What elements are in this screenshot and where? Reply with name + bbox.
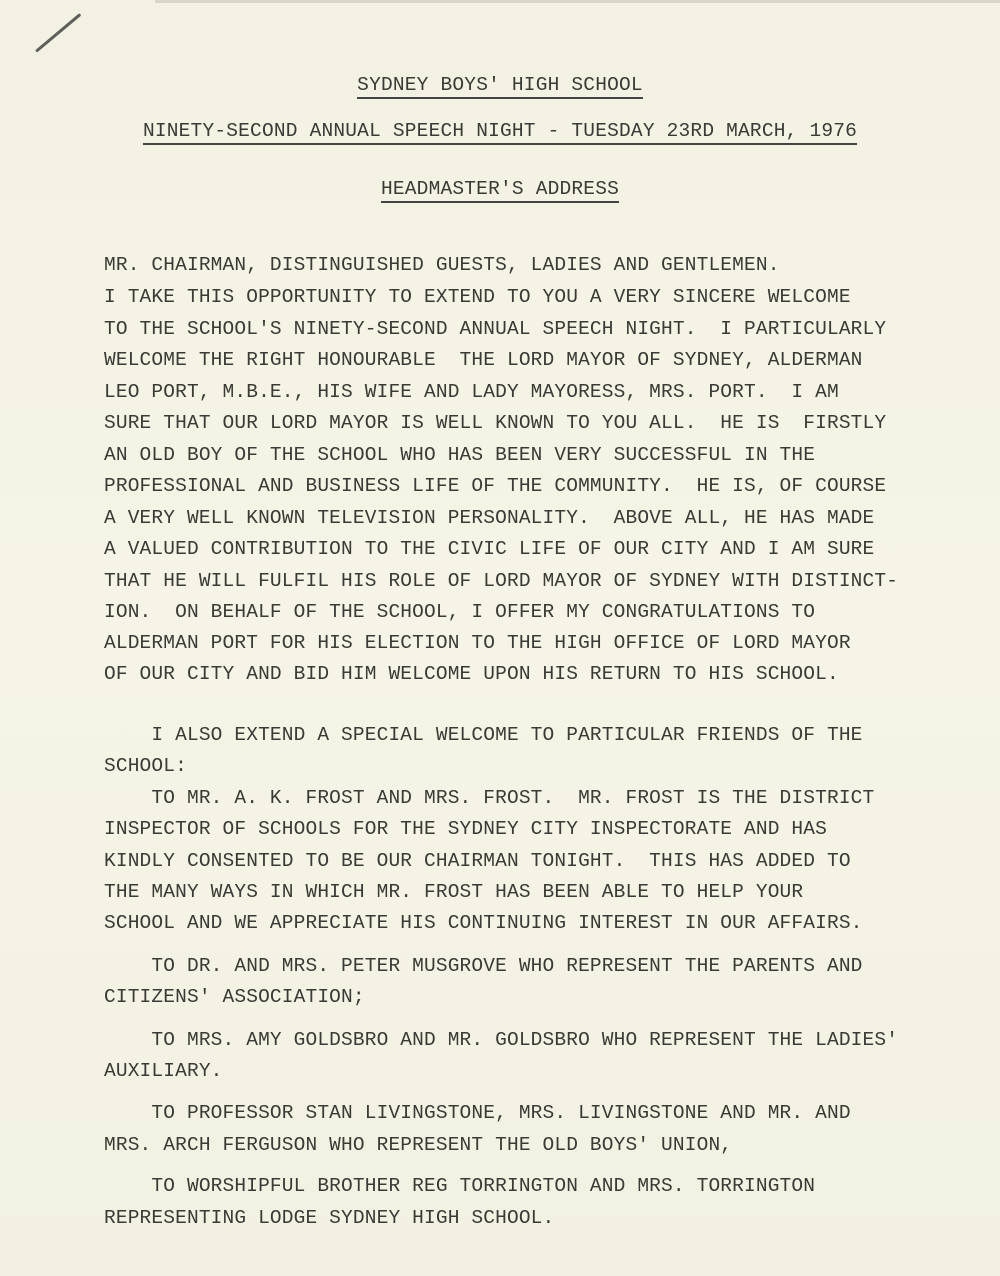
text-line: WELCOME THE RIGHT HONOURABLE THE LORD MA… [104,349,863,371]
text-line: TO MR. A. K. FROST AND MRS. FROST. MR. F… [104,787,874,809]
event-title: NINETY-SECOND ANNUAL SPEECH NIGHT - TUES… [143,120,857,145]
text-line: AN OLD BOY OF THE SCHOOL WHO HAS BEEN VE… [104,444,815,466]
text-line: A VERY WELL KNOWN TELEVISION PERSONALITY… [104,507,874,529]
text-line: TO DR. AND MRS. PETER MUSGROVE WHO REPRE… [104,955,863,977]
text-line: ALDERMAN PORT FOR HIS ELECTION TO THE HI… [104,632,851,654]
text-line: TO WORSHIPFUL BROTHER REG TORRINGTON AND… [104,1175,815,1197]
paper-page: SYDNEY BOYS' HIGH SCHOOL NINETY-SECOND A… [0,0,1000,1276]
text-line: CITIZENS' ASSOCIATION; [104,986,365,1008]
pen-mark [35,13,81,53]
text-line: THAT HE WILL FULFIL HIS ROLE OF LORD MAY… [104,570,898,592]
text-line: I ALSO EXTEND A SPECIAL WELCOME TO PARTI… [104,724,863,746]
event-heading: NINETY-SECOND ANNUAL SPEECH NIGHT - TUES… [0,120,1000,142]
text-line: TO MRS. AMY GOLDSBRO AND MR. GOLDSBRO WH… [104,1029,898,1051]
text-line: LEO PORT, M.B.E., HIS WIFE AND LADY MAYO… [104,381,839,403]
text-line: TO PROFESSOR STAN LIVINGSTONE, MRS. LIVI… [104,1102,851,1124]
text-line: I TAKE THIS OPPORTUNITY TO EXTEND TO YOU… [104,286,851,308]
text-line: PROFESSIONAL AND BUSINESS LIFE OF THE CO… [104,475,886,497]
text-line: A VALUED CONTRIBUTION TO THE CIVIC LIFE … [104,538,874,560]
text-line: OF OUR CITY AND BID HIM WELCOME UPON HIS… [104,663,839,685]
text-line: MR. CHAIRMAN, DISTINGUISHED GUESTS, LADI… [104,254,780,276]
text-line: MRS. ARCH FERGUSON WHO REPRESENT THE OLD… [104,1134,732,1156]
school-name: SYDNEY BOYS' HIGH SCHOOL [357,74,643,99]
text-line: KINDLY CONSENTED TO BE OUR CHAIRMAN TONI… [104,850,851,872]
text-line: TO THE SCHOOL'S NINETY-SECOND ANNUAL SPE… [104,318,886,340]
text-line: SURE THAT OUR LORD MAYOR IS WELL KNOWN T… [104,412,886,434]
text-line: ION. ON BEHALF OF THE SCHOOL, I OFFER MY… [104,601,815,623]
text-line: SCHOOL: [104,755,187,777]
text-line: SCHOOL AND WE APPRECIATE HIS CONTINUING … [104,912,863,934]
scan-edge [155,0,1000,3]
school-heading: SYDNEY BOYS' HIGH SCHOOL [0,74,1000,96]
address-heading: HEADMASTER'S ADDRESS [0,178,1000,200]
address-title: HEADMASTER'S ADDRESS [381,178,619,203]
text-line: INSPECTOR OF SCHOOLS FOR THE SYDNEY CITY… [104,818,827,840]
text-line: THE MANY WAYS IN WHICH MR. FROST HAS BEE… [104,881,803,903]
text-line: REPRESENTING LODGE SYDNEY HIGH SCHOOL. [104,1207,554,1229]
text-line: AUXILIARY. [104,1060,223,1082]
